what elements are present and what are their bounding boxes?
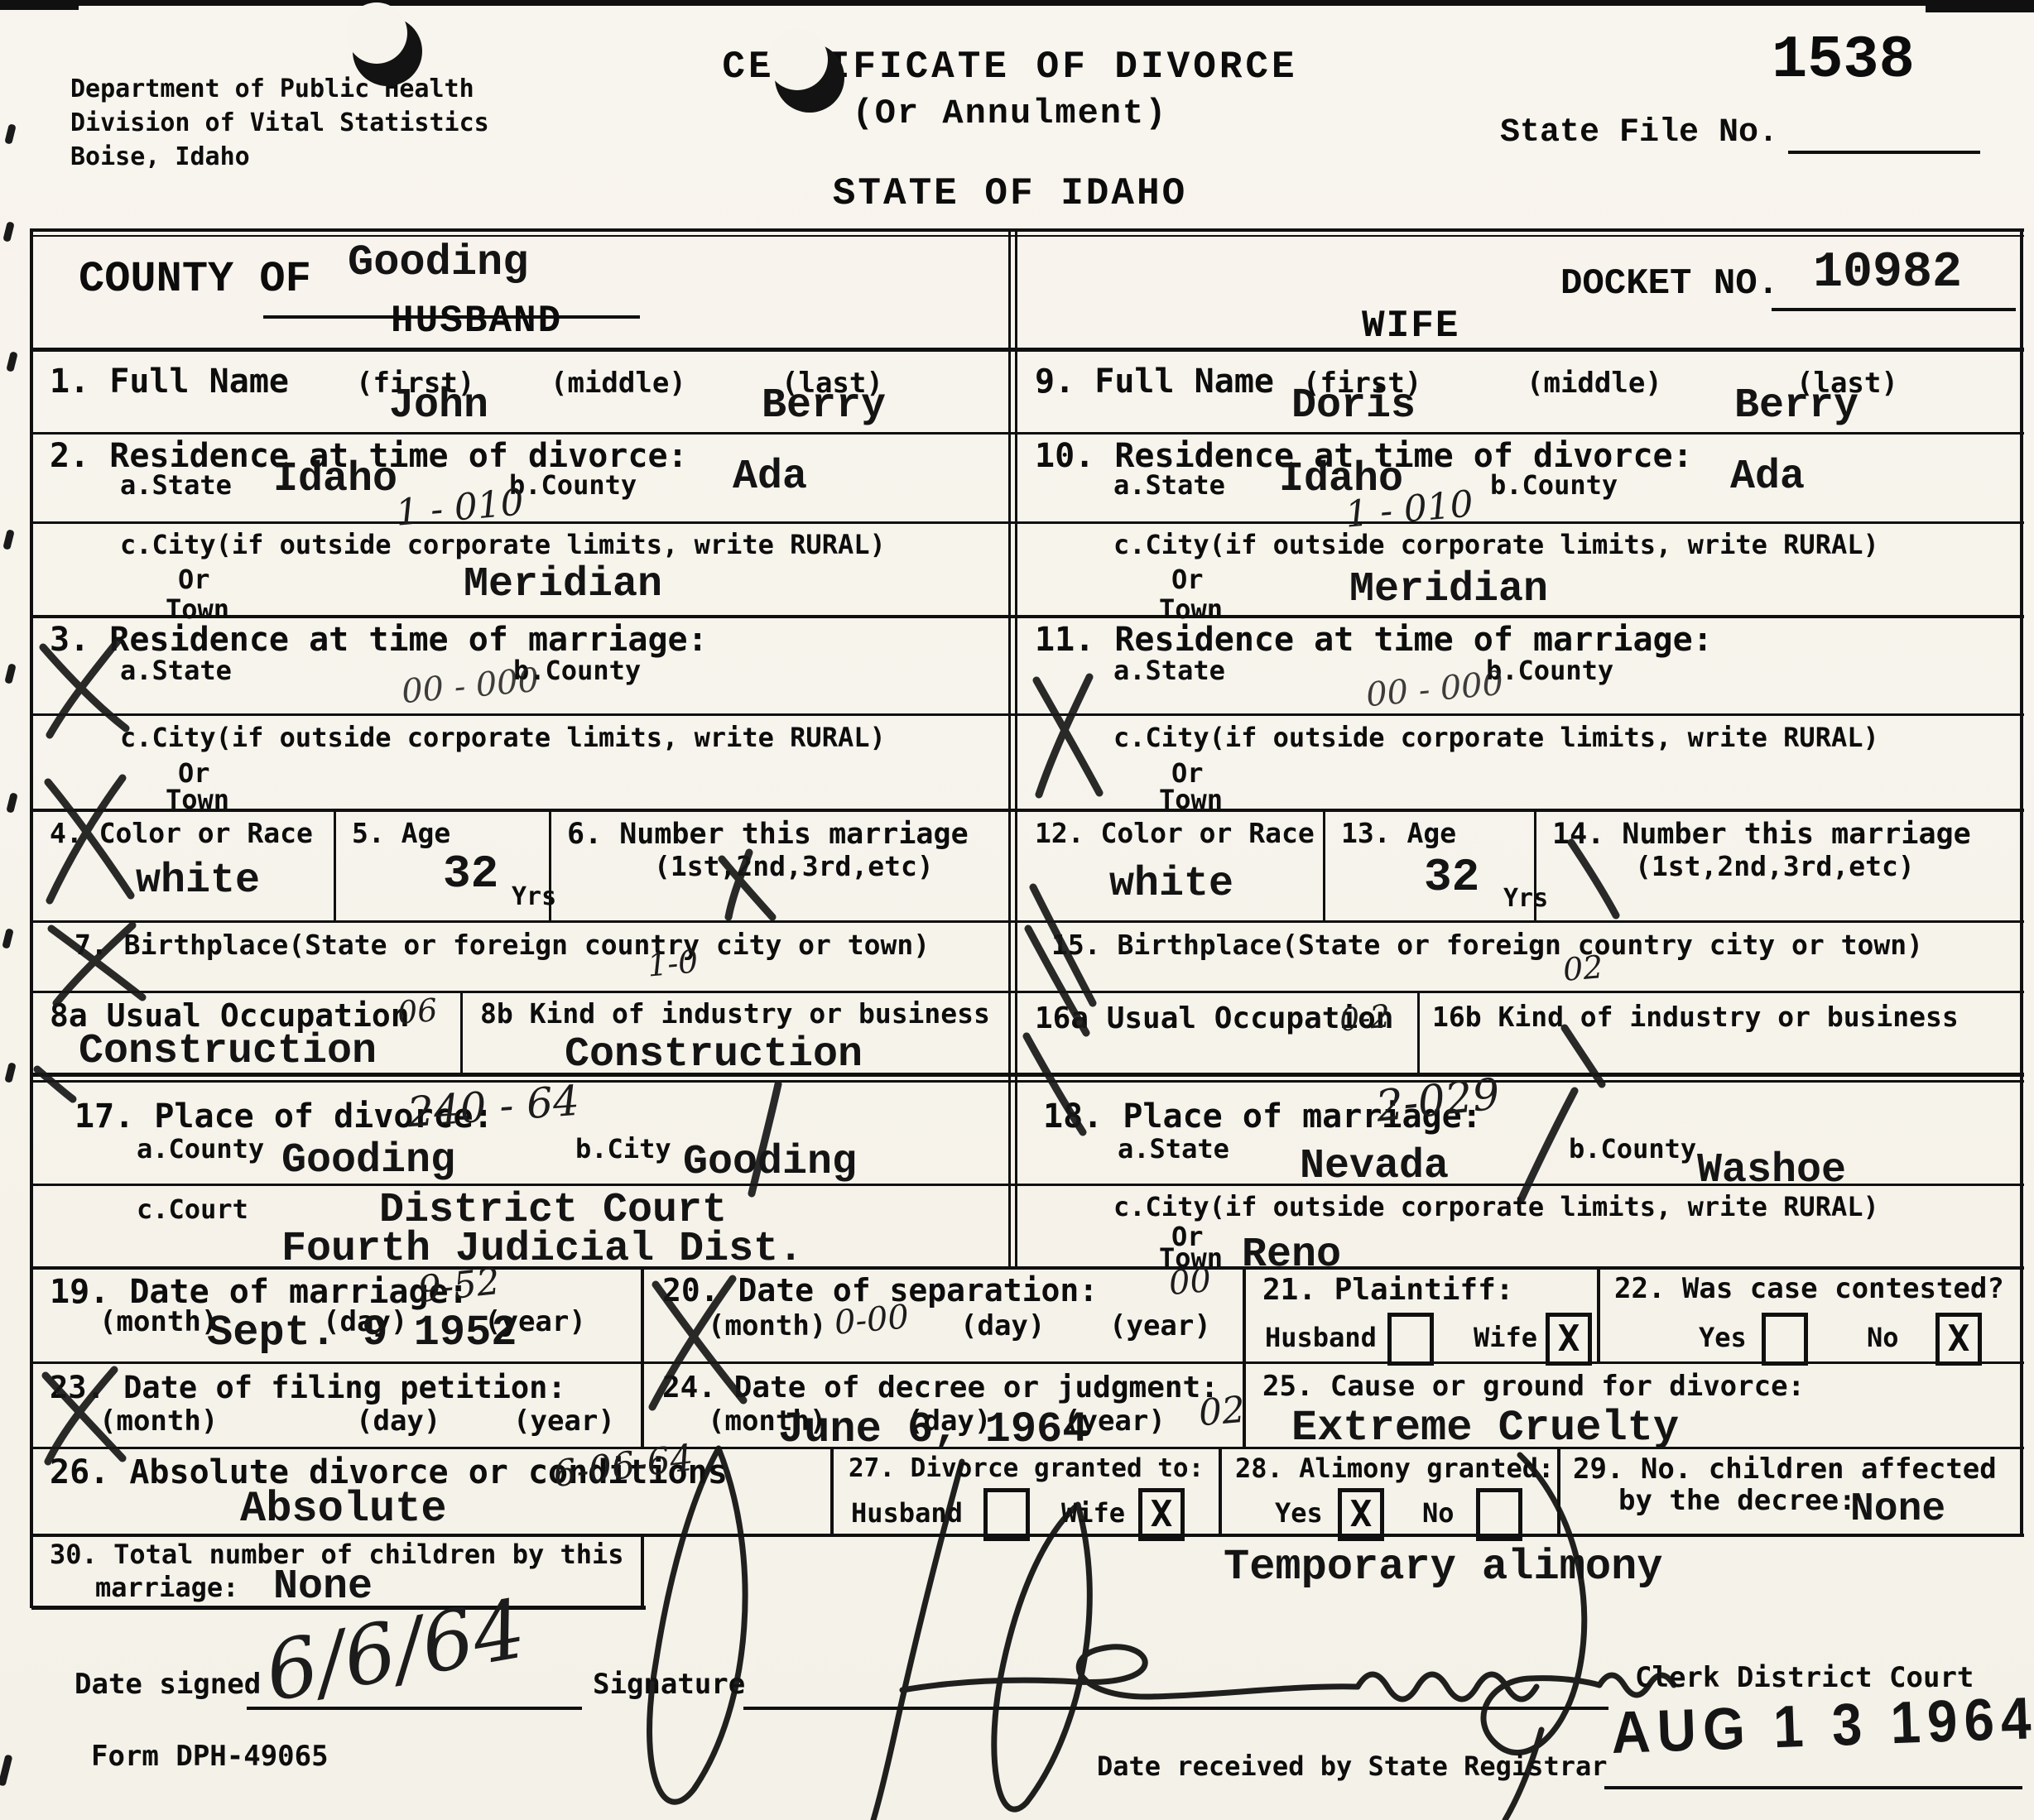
field-28-no-label: No [1422,1500,1455,1528]
scan-edge-top-right [1926,0,2034,12]
wife-first-name: Doris [1291,386,1416,427]
field-2c-town: Town [166,596,229,624]
field-30-label-line2: marriage: [95,1574,238,1602]
absolute-value: Absolute [240,1488,447,1531]
scan-edge-top-left [0,0,79,10]
field-27-label: 27. Divorce granted to: [849,1455,1204,1482]
field-3c-town: Town [166,786,229,814]
field-22-yes-label: Yes [1699,1324,1747,1352]
field-2c-or: Or [178,566,210,594]
county-label: COUNTY OF [79,255,311,304]
field-10c-town: Town [1159,596,1223,624]
plaintiff-husband-checkbox [1387,1313,1434,1366]
husband-divorce-code-handwriting: 1 - 010 [394,481,526,534]
field-23-month: (month) [99,1407,218,1437]
field-21-wife-label: Wife [1474,1324,1537,1352]
divider [334,809,336,920]
wife-race: white [1109,864,1233,905]
form-border-right [2020,228,2023,1537]
husband-occupation: Construction [79,1031,377,1073]
field-3a-label: a.State [120,657,232,685]
wife-last-name: Berry [1734,386,1858,427]
divider [830,1447,834,1534]
field-11c-town: Town [1159,786,1223,814]
field-5-label: 5. Age [352,819,450,848]
field-2a-label: a.State [120,472,232,500]
scan-speck [4,1062,17,1083]
docket-value: 10982 [1813,248,1962,298]
decree-date-value: June 6, 1964 [778,1409,1088,1452]
children-affected-value: None [1850,1490,1945,1529]
docket-label: DOCKET NO. [1560,263,1779,305]
received-label: Date received by State Registrar [1097,1753,1608,1781]
divider [1597,1266,1600,1361]
date-signed-label: Date signed [75,1670,261,1700]
marriage-place-code-handwriting: 2-029 [1373,1069,1502,1131]
dept-line-1: Department of Public Health [70,76,474,103]
field-11a-label: a.State [1113,657,1225,685]
field-7-label: 7. Birthplace(State or foreign country c… [75,931,930,960]
alimony-note: Temporary alimony [1224,1546,1663,1589]
divider [31,432,2024,435]
field-13-label: 13. Age [1341,819,1456,848]
field-25-label: 25. Cause or ground for divorce: [1262,1372,1805,1402]
dept-line-3: Boise, Idaho [70,144,250,170]
divider [1323,809,1325,920]
field-22-label: 22. Was case contested? [1614,1275,2004,1304]
checkbox-x-mark: X [1350,1493,1373,1535]
field-14-label: 14. Number this marriage [1552,819,1971,850]
divider [31,1361,2024,1364]
field-17a-label: a.County [137,1136,264,1164]
wife-birthplace-code-handwriting: 02 [1561,948,1604,988]
scan-speck [4,123,17,144]
center-divider-inner [1015,228,1017,1268]
state-heading: STATE OF IDAHO [571,172,1449,215]
wife-section-heading: WIFE [1362,305,1459,348]
field-2b-label: b.County [509,472,637,500]
marriage-city: Reno [1242,1235,1341,1276]
cause-value: Extreme Cruelty [1291,1407,1679,1450]
field-12-label: 12. Color or Race [1035,819,1315,848]
center-divider [1008,228,1011,1268]
dept-line-2: Division of Vital Statistics [70,110,489,137]
field-29-label-line2: by the decree: [1618,1486,1856,1516]
state-file-number-blank [1788,151,1980,154]
divorce-county: Gooding [281,1141,455,1182]
scan-speck [2,221,15,242]
docket-blank [1772,308,2016,311]
scan-speck [2,529,15,550]
field-21-husband-label: Husband [1265,1324,1377,1352]
husband-last-name: Berry [762,386,886,427]
form-number: Form DPH-49065 [91,1742,329,1772]
divider [1219,1447,1222,1534]
field-10c-or: Or [1171,566,1204,594]
field-20-month: (month) [708,1312,826,1342]
divider [641,1266,644,1447]
form-border-top [31,228,2024,232]
scan-edge-top [0,0,2034,6]
field-10b-label: b.County [1490,472,1618,500]
form-title: CERTIFICATE OF DIVORCE [571,46,1449,89]
field-14-sub: (1st,2nd,3rd,etc) [1635,852,1915,881]
field-19-month: (month) [99,1308,218,1337]
divorce-court-line2: Fourth Judicial Dist. [281,1229,803,1270]
field-18a-label: a.State [1118,1136,1229,1164]
scan-speck [6,351,18,372]
scan-speck [2,928,14,948]
husband-divorce-city: Meridian [464,564,662,606]
marriage-county: Washoe [1697,1150,1846,1192]
wife-age: 32 [1424,854,1479,900]
field-11b-label: b.County [1486,657,1613,685]
marriage-date-code-handwriting: 9-52 [416,1261,502,1311]
field-11-label: 11. Residence at time of marriage: [1035,622,1713,657]
husband-section-heading: HUSBAND [391,300,562,343]
children-box-right [641,1534,644,1608]
divider [31,920,2024,923]
field-11c-label: c.City(if outside corporate limits, writ… [1113,724,1879,752]
divorce-city: Gooding [683,1142,857,1184]
wife-divorce-county: Ada [1730,457,1805,498]
alimony-no-checkbox [1476,1488,1522,1541]
field-15-label: 15. Birthplace(State or foreign country … [1051,931,1923,960]
field-27-wife-label: Wife [1061,1500,1125,1528]
field-18c-label: c.City(if outside corporate limits, writ… [1113,1193,1879,1222]
wife-marriage-code-handwriting: 00 - 000 [1364,665,1505,714]
divorce-place-code-handwriting: 240 - 64 [406,1077,580,1136]
field-28-yes-label: Yes [1275,1500,1323,1528]
divider [460,991,463,1076]
checkbox-x-mark: X [1151,1493,1173,1535]
husband-first-name: John [389,386,488,427]
county-value: Gooding [348,242,528,285]
received-date-stamp: AUG 1 3 1964 [1610,1683,2034,1767]
field-5-unit: Yrs [512,884,556,910]
children-total-value: None [273,1567,373,1608]
contested-yes-checkbox [1762,1313,1808,1366]
field-16b-label: 16b Kind of industry or business [1432,1003,1959,1032]
checkbox-x-mark: X [1948,1318,1970,1360]
checkbox-x-mark: X [1558,1318,1580,1360]
field-23-label: 23. Date of filing petition: [50,1372,566,1405]
field-13-unit: Yrs [1503,886,1548,912]
signature-blank [743,1707,1608,1710]
field-9-middle-label: (middle) [1527,369,1662,399]
divider [31,521,2024,524]
divider-heavy-inner [31,1080,2024,1083]
field-17c-label: c.Court [137,1196,248,1224]
separation-code-handwriting: 0-00 [833,1298,911,1342]
field-6-sub: (1st,2nd,3rd,etc) [654,852,934,881]
husband-age: 32 [443,851,498,897]
granted-husband-checkbox [983,1488,1030,1541]
divider [31,809,2024,812]
form-border-top-inner [31,235,2024,237]
field-1-middle-label: (middle) [551,369,686,399]
granted-wife-checkbox: X [1138,1488,1185,1541]
field-29-label-line1: 29. No. children affected [1573,1455,1997,1485]
divider [31,348,2024,352]
marriage-date-value: Sept. 9 1952 [207,1312,517,1355]
husband-industry: Construction [565,1035,863,1076]
scan-speck [0,1754,12,1786]
field-2c-label: c.City(if outside corporate limits, writ… [120,531,886,559]
field-3c-label: c.City(if outside corporate limits, writ… [120,724,886,752]
decree-code-handwriting: 02 [1197,1389,1247,1435]
divider [31,713,2024,716]
field-24-label: 24. Date of decree or judgment: [662,1372,1219,1404]
divider [31,615,2024,618]
divorce-certificate-scan: Department of Public Health Division of … [0,0,2034,1820]
field-18b-label: b.County [1569,1136,1696,1164]
field-19-label: 19. Date of marriage: [50,1275,469,1309]
field-17b-label: b.City [575,1136,671,1164]
field-1-label: 1. Full Name [50,364,289,399]
field-20-year: (year) [1109,1312,1211,1342]
field-9-label: 9. Full Name [1035,364,1274,399]
field-6-label: 6. Number this marriage [567,819,969,850]
received-blank [1604,1786,2022,1789]
form-border-left [30,228,33,1608]
husband-divorce-state: Idaho [273,459,397,501]
husband-race: white [136,861,260,902]
husband-occupation-code-handwriting: 06 [396,992,439,1031]
marriage-state: Nevada [1300,1146,1449,1188]
state-file-number-label: State File No. [1500,114,1778,151]
scan-speck [4,663,17,684]
form-subtitle: (Or Annulment) [571,94,1449,133]
field-22-no-label: No [1867,1324,1899,1352]
wife-divorce-city: Meridian [1349,569,1548,611]
field-23-year: (year) [513,1407,615,1437]
field-21-label: 21. Plaintiff: [1262,1275,1513,1306]
field-20-day: (day) [960,1312,1045,1342]
husband-marriage-code-handwriting: 00 - 000 [400,661,541,711]
divider [31,991,2024,993]
husband-divorce-county: Ada [733,457,807,498]
signature-label: Signature [593,1670,745,1700]
plaintiff-wife-checkbox: X [1546,1313,1592,1366]
field-8b-label: 8b Kind of industry or business [480,1000,990,1029]
field-10c-label: c.City(if outside corporate limits, writ… [1113,531,1879,559]
field-10a-label: a.State [1113,472,1225,500]
state-file-number-value: 1538 [1772,26,1915,94]
divider [1417,991,1420,1076]
field-4-label: 4. Color or Race [50,819,313,848]
separation-code2-handwriting: 00 [1167,1261,1213,1303]
scan-speck [6,792,18,813]
field-28-label: 28. Alimony granted: [1235,1455,1554,1483]
field-27-husband-label: Husband [851,1500,963,1528]
husband-birthplace-code-handwriting: 1-0 [646,943,700,983]
alimony-yes-checkbox: X [1338,1488,1384,1541]
divider [1557,1447,1560,1534]
contested-no-checkbox: X [1935,1313,1982,1366]
wife-occupation-code-handwriting: 0-2 [1338,997,1392,1038]
field-23-day: (day) [356,1407,440,1437]
field-3-label: 3. Residence at time of marriage: [50,622,708,657]
